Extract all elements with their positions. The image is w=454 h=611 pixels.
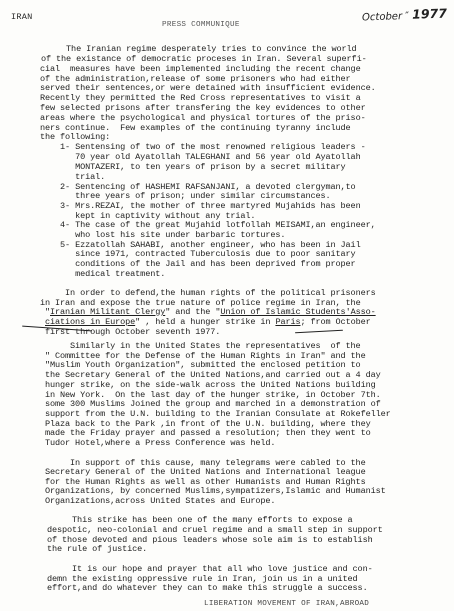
signature: LIBERATION MOVEMENT OF IRAN,ABROAD [204, 600, 369, 608]
pen-mark [295, 330, 343, 334]
document-page: IRAN October ″ 1977 PRESS COMMUNIQUE The… [0, 0, 454, 611]
body-line: Tudor Hotel,where a Press Conference was… [45, 439, 275, 449]
body-line: Organizations,across United States and E… [45, 497, 275, 507]
place-paris: Paris [275, 317, 300, 327]
org-union-islamic-students: Union of Islamic Students'Asso- [220, 307, 375, 317]
org-iranian-militant-clergy: Iranian Militant Clergy [50, 307, 165, 317]
date-year: 1977 [412, 6, 447, 22]
date-marks: ″ [402, 11, 412, 22]
body-line: the rule of justice. [47, 545, 147, 555]
document-title: PRESS COMMUNIQUE [162, 21, 240, 29]
body-line: effort,and do whatever they can to make … [47, 584, 368, 594]
country-label: IRAN [11, 12, 32, 22]
org-union-islamic-students-cont: ciations in Europe [45, 317, 135, 327]
date-month: October [362, 11, 402, 23]
handwritten-date: October ″ 1977 [362, 6, 447, 24]
list-item-5-cont: medical treatment. [40, 270, 165, 280]
